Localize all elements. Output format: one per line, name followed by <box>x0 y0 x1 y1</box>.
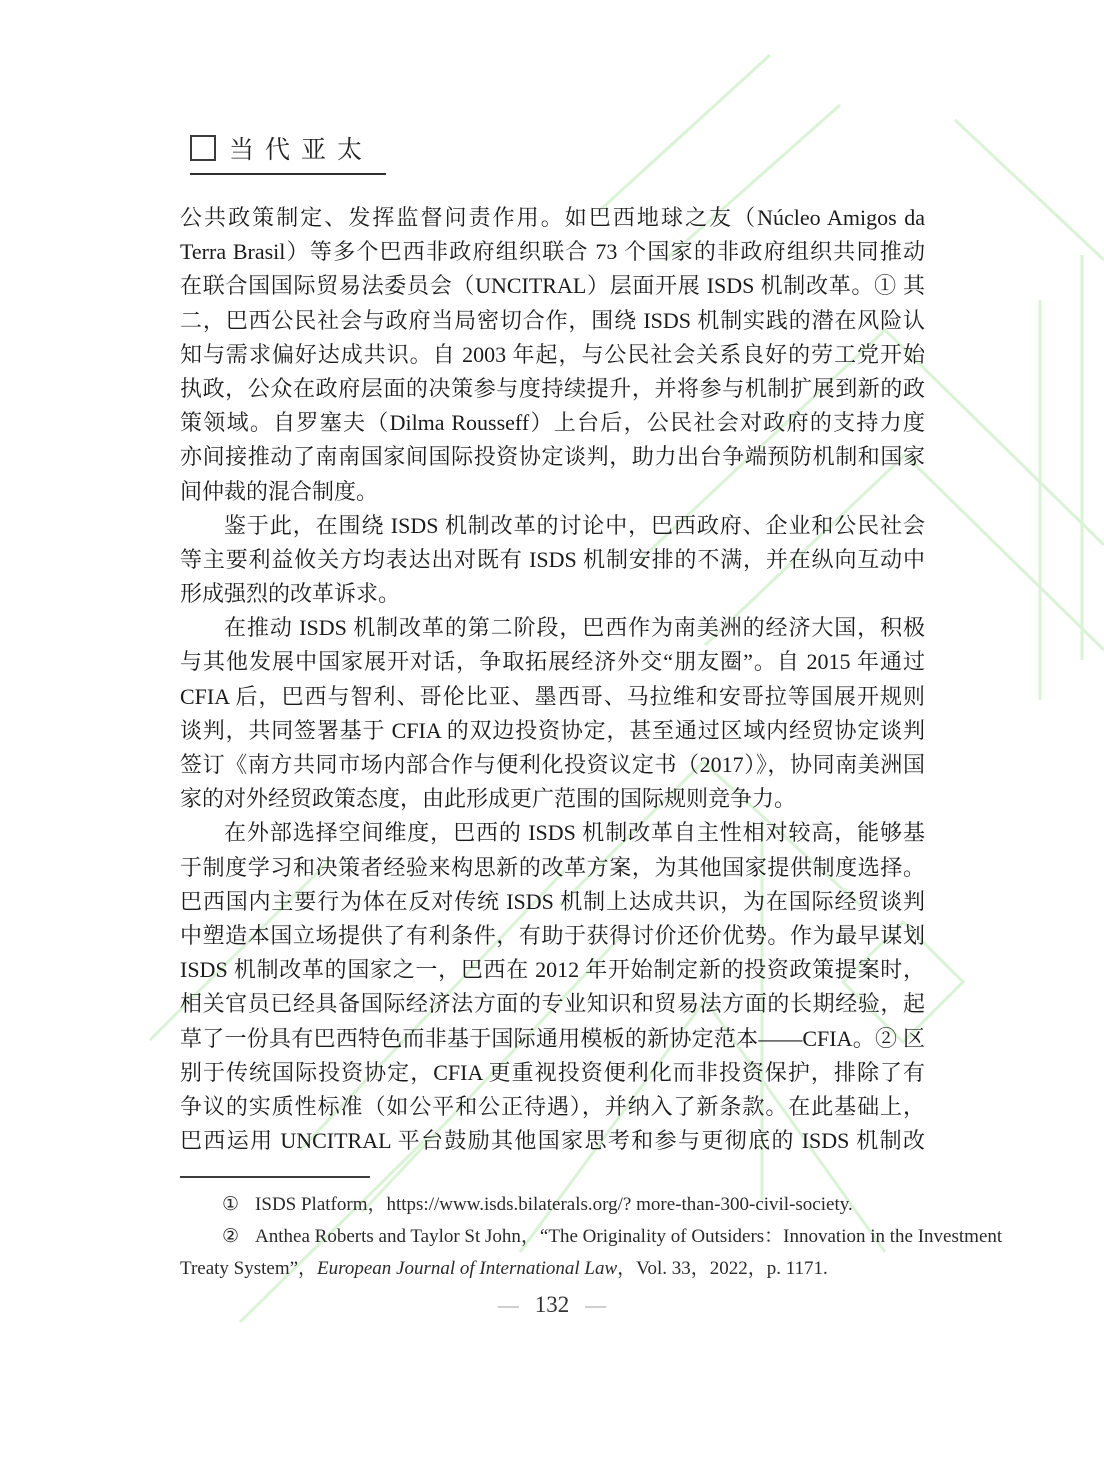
footnote-2-journal-title: European Journal of International Law <box>317 1258 617 1279</box>
footnote-1: ①ISDS Platform，https://www.isds.bilatera… <box>180 1189 928 1221</box>
body-line: 巴西运用 UNCITRAL 平台鼓励其他国家思考和参与更彻底的 ISDS 机制改 <box>180 1124 925 1158</box>
body-line: 亦间接推动了南南国家间国际投资协定谈判，助力出台争端预防机制和国家 <box>180 440 925 474</box>
page-number: —132— <box>0 1292 1104 1318</box>
footnote-2-line-1: ②Anthea Roberts and Taylor St John，“The … <box>180 1221 928 1253</box>
body-line: 形成强烈的改革诉求。 <box>180 577 925 611</box>
body-line: 在推动 ISDS 机制改革的第二阶段，巴西作为南美洲的经济大国，积极 <box>180 611 925 645</box>
body-line: 家的对外经贸政策态度，由此形成更广范围的国际规则竞争力。 <box>180 782 925 816</box>
footnotes-section: ①ISDS Platform，https://www.isds.bilatera… <box>180 1189 928 1285</box>
body-line: 间仲裁的混合制度。 <box>180 475 925 509</box>
body-line: 签订《南方共同市场内部合作与便利化投资议定书（2017）》，协同南美洲国 <box>180 748 925 782</box>
body-line: 草了一份具有巴西特色而非基于国际通用模板的新协定范本——CFIA。② 区 <box>180 1022 925 1056</box>
body-line: Terra Brasil）等多个巴西非政府组织联合 73 个国家的非政府组织共同… <box>180 235 925 269</box>
footnote-2-text-line-1: Anthea Roberts and Taylor St John，“The O… <box>255 1226 1002 1247</box>
document-page: 当代亚太 公共政策制定、发挥监督问责作用。如巴西地球之友（Núcleo Amig… <box>0 0 1104 1476</box>
journal-title: 当代亚太 <box>229 137 373 164</box>
body-line: 策领域。自罗塞夫（Dilma Rousseff）上台后，公民社会对政府的支持力度 <box>180 406 925 440</box>
footnote-2-text-post: ，Vol. 33，2022，p. 1171. <box>617 1258 828 1279</box>
body-line: 于制度学习和决策者经验来构思新的改革方案，为其他国家提供制度选择。 <box>180 851 925 885</box>
body-line: 在外部选择空间维度，巴西的 ISDS 机制改革自主性相对较高，能够基 <box>180 816 925 850</box>
footnote-2-marker: ② <box>222 1226 239 1247</box>
body-line: CFIA 后，巴西与智利、哥伦比亚、墨西哥、马拉维和安哥拉等国展开规则 <box>180 680 925 714</box>
footnote-2-line-2: Treaty System”，European Journal of Inter… <box>180 1253 928 1285</box>
body-line: 鉴于此，在围绕 ISDS 机制改革的讨论中，巴西政府、企业和公民社会 <box>180 509 925 543</box>
body-line: 在联合国国际贸易法委员会（UNCITRAL）层面开展 ISDS 机制改革。① 其 <box>180 269 925 303</box>
body-line: 公共政策制定、发挥监督问责作用。如巴西地球之友（Núcleo Amigos da <box>180 201 925 235</box>
body-line: 中塑造本国立场提供了有利条件，有助于获得讨价还价优势。作为最早谋划 <box>180 919 925 953</box>
body-line: 别于传统国际投资协定，CFIA 更重视投资便利化而非投资保护，排除了有 <box>180 1056 925 1090</box>
header-square-icon <box>190 135 216 161</box>
footnote-2-text-pre: Treaty System”， <box>180 1258 317 1279</box>
page-number-right-dash: — <box>585 1293 606 1317</box>
body-line: ISDS 机制改革的国家之一，巴西在 2012 年开始制定新的投资政策提案时， <box>180 953 925 987</box>
body-line: 争议的实质性标准（如公平和公正待遇），并纳入了新条款。在此基础上， <box>180 1090 925 1124</box>
article-body: 公共政策制定、发挥监督问责作用。如巴西地球之友（Núcleo Amigos da… <box>180 201 925 1158</box>
body-line: 谈判，共同签署基于 CFIA 的双边投资协定，甚至通过区域内经贸协定谈判 <box>180 714 925 748</box>
footnote-separator <box>180 1176 370 1178</box>
body-line: 二，巴西公民社会与政府当局密切合作，围绕 ISDS 机制实践的潜在风险认 <box>180 304 925 338</box>
body-line: 等主要利益攸关方均表达出对既有 ISDS 机制安排的不满，并在纵向互动中 <box>180 543 925 577</box>
body-line: 相关官员已经具备国际经济法方面的专业知识和贸易法方面的长期经验，起 <box>180 987 925 1021</box>
journal-header: 当代亚太 <box>190 130 386 175</box>
body-line: 执政，公众在政府层面的决策参与度持续提升，并将参与机制扩展到新的政 <box>180 372 925 406</box>
body-line: 知与需求偏好达成共识。自 2003 年起，与公民社会关系良好的劳工党开始 <box>180 338 925 372</box>
body-line: 与其他发展中国家展开对话，争取拓展经济外交“朋友圈”。自 2015 年通过 <box>180 645 925 679</box>
footnote-1-marker: ① <box>222 1194 239 1215</box>
page-number-left-dash: — <box>498 1293 519 1317</box>
page-number-value: 132 <box>535 1292 570 1317</box>
footnote-1-text: ISDS Platform，https://www.isds.bilateral… <box>255 1194 853 1215</box>
body-line: 巴西国内主要行为体在反对传统 ISDS 机制上达成共识，为在国际经贸谈判 <box>180 885 925 919</box>
